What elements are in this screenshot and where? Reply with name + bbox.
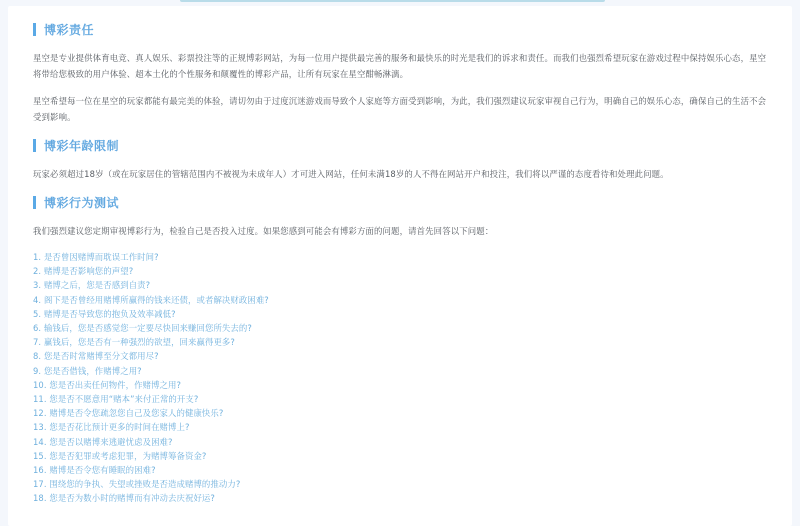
section-title: 博彩行为测试 [44, 194, 119, 211]
heading-accent-bar [33, 139, 36, 152]
question-item: 12. 赌博是否令您疏忽您自己及您家人的健康快乐? [33, 406, 773, 420]
question-item: 3. 赌博之后，您是否感到自责? [33, 278, 773, 292]
question-item: 5. 赌博是否导致您的抱负及效率减低? [33, 307, 773, 321]
question-list: 1. 是否曾因赌博而耽误工作时间? 2. 赌博是否影响您的声望? 3. 赌博之后… [33, 250, 773, 500]
question-item: 13. 您是否花比预计更多的时间在赌博上? [33, 420, 773, 434]
question-item: 8. 您是否时常赌博至分文都用尽? [33, 349, 773, 363]
question-item: 2. 赌博是否影响您的声望? [33, 264, 773, 278]
behavior-test-intro: 我们强烈建议您定期审视博彩行为，检验自己是否投入过度。如果您感到可能会有博彩方面… [33, 223, 773, 239]
question-item: 4. 阁下是否曾经用赌博所赢得的钱来还债，或者解决财政困难? [33, 293, 773, 307]
question-item: 6. 输钱后，您是否感觉您一定要尽快回来赚回您所失去的? [33, 321, 773, 335]
question-item: 16. 赌博是否令您有睡眠的困难? [33, 463, 773, 477]
section-heading-responsibility: 博彩责任 [33, 20, 773, 38]
question-item: 17. 围绕您的争执、失望或挫败是否造成赌博的推动力? [33, 477, 773, 491]
question-item: 7. 赢钱后，您是否有一种强烈的欲望，回来赢得更多? [33, 335, 773, 349]
responsibility-paragraph-2: 星空希望每一位在星空的玩家都能有最完美的体验，请切勿由于过度沉迷游戏而导致个人家… [33, 93, 773, 125]
section-heading-age-limit: 博彩年龄限制 [33, 136, 773, 154]
question-item: 10. 您是否出卖任何物件，作赌博之用? [33, 378, 773, 392]
content-body: 博彩责任 星空是专业提供体育电竞、真人娱乐、彩票投注等的正规博彩网站，为每一位用… [33, 20, 773, 500]
question-item: 18. 您是否为数小时的赌博而有冲动去庆祝好运? [33, 491, 773, 500]
heading-accent-bar [33, 23, 36, 36]
heading-accent-bar [33, 196, 36, 209]
question-item: 1. 是否曾因赌博而耽误工作时间? [33, 250, 773, 264]
section-title: 博彩责任 [44, 21, 94, 38]
question-item: 15. 您是否犯罪或考虑犯罪，为赌博筹备资金? [33, 449, 773, 463]
section-title: 博彩年龄限制 [44, 137, 119, 154]
responsibility-paragraph-1: 星空是专业提供体育电竞、真人娱乐、彩票投注等的正规博彩网站，为每一位用户提供最完… [33, 50, 773, 82]
question-item: 9. 您是否借钱，作赌博之用? [33, 364, 773, 378]
question-item: 14. 您是否以赌博来逃避忧虑及困难? [33, 435, 773, 449]
section-heading-behavior-test: 博彩行为测试 [33, 193, 773, 211]
top-tab-indicator [180, 0, 605, 2]
age-limit-paragraph: 玩家必须超过18岁（或在玩家居住的管辖范围内不被视为未成年人）才可进入网站，任何… [33, 166, 773, 182]
content-card: 博彩责任 星空是专业提供体育电竞、真人娱乐、彩票投注等的正规博彩网站，为每一位用… [8, 6, 792, 500]
question-item: 11. 您是否不愿意用“赌本”来付正常的开支? [33, 392, 773, 406]
